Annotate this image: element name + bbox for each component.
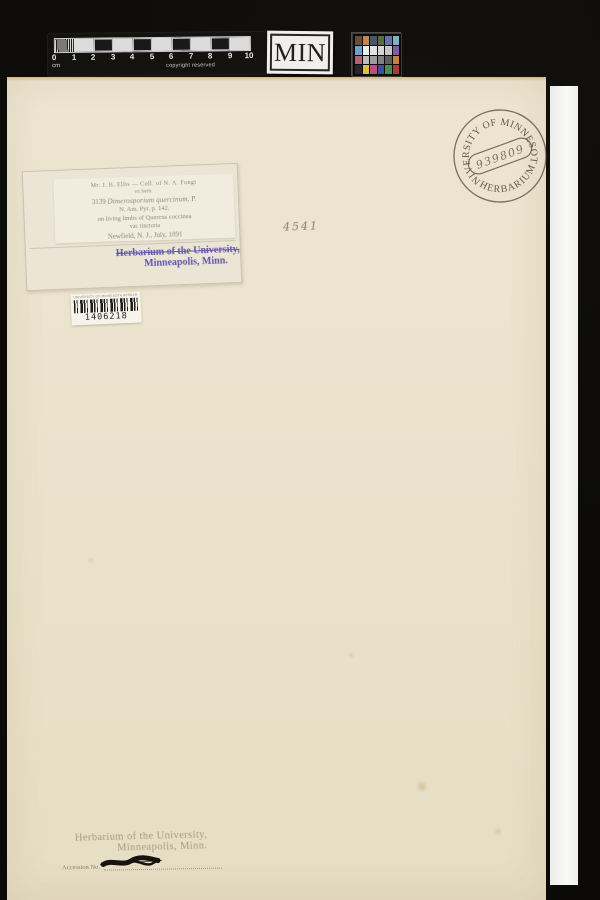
scale-unit-label: cm <box>52 63 60 69</box>
tick-label: 10 <box>245 51 254 60</box>
specimen-photo: 0 1 2 3 4 5 6 7 8 9 10 cm copyright rese… <box>0 0 600 900</box>
tick-label: 5 <box>150 52 155 61</box>
institution-code: MIN <box>274 37 326 68</box>
sheet-top-edge <box>7 77 546 81</box>
color-chip <box>385 46 392 55</box>
label-author: P. <box>191 194 196 202</box>
color-chip <box>355 56 362 65</box>
tick-label: 7 <box>189 52 194 61</box>
institution-code-card: MIN <box>267 31 333 75</box>
color-chip <box>385 65 392 74</box>
color-chip <box>370 56 377 65</box>
specimen-label: Mr. J. B. Ellis — Coll. of N. A. Fungi e… <box>53 174 235 244</box>
scale-bar-checker <box>54 36 251 53</box>
tick-label: 2 <box>91 53 96 62</box>
color-chip <box>385 56 392 65</box>
accession-label: Accession No. <box>62 864 100 872</box>
tick-label: 1 <box>72 53 77 62</box>
color-chip <box>393 36 400 45</box>
color-chip <box>370 46 377 55</box>
color-chip <box>385 36 392 45</box>
color-chip <box>355 65 362 74</box>
color-chip <box>378 56 385 65</box>
foxing-spot <box>87 557 95 564</box>
color-chip <box>355 46 362 55</box>
stamp-handwritten-number: 939809 <box>474 142 526 172</box>
bottom-stamp-line2: Minneapolis, Minn. <box>117 840 208 853</box>
color-chip <box>355 36 362 45</box>
adjacent-sheet-edge <box>550 86 578 885</box>
label-backing: Mr. J. B. Ellis — Coll. of N. A. Fungi e… <box>22 163 242 291</box>
color-chip <box>363 56 370 65</box>
tick-label: 0 <box>52 53 57 62</box>
scale-bar-mm-block <box>55 39 74 52</box>
color-chip <box>363 65 370 74</box>
tick-label: 8 <box>208 51 213 60</box>
foxing-spot <box>347 651 356 659</box>
bottom-herbarium-stamp: Herbarium of the University, Minneapolis… <box>75 829 208 854</box>
color-chip <box>393 56 400 65</box>
copyright-text: copyright reserved <box>166 62 215 69</box>
barcode-number: 1406218 <box>74 311 138 324</box>
foxing-spot <box>415 781 429 792</box>
color-chip <box>378 46 385 55</box>
specimen-sheet: UNIVERSITY OF MINNESOTA HERBARIUM 939809… <box>7 77 546 900</box>
tick-label: 6 <box>169 52 174 61</box>
institution-code-frame: MIN <box>270 34 330 72</box>
barcode-label: UNIVERSITY OF MINNESOTA HERBARIUM 140621… <box>70 291 141 325</box>
foxing-spot <box>493 827 503 836</box>
color-calibration-chart <box>352 33 402 77</box>
tick-label: 3 <box>111 52 116 61</box>
pencil-annotation-number: 4541 <box>283 219 319 233</box>
label-number: 3139 <box>92 197 106 205</box>
tick-label: 9 <box>228 51 233 60</box>
color-chip <box>378 36 385 45</box>
color-chip <box>393 46 400 55</box>
round-herbarium-stamp: UNIVERSITY OF MINNESOTA HERBARIUM 939809 <box>440 96 560 216</box>
color-chip <box>363 36 370 45</box>
color-chip <box>370 36 377 45</box>
purple-herbarium-stamp: Herbarium of the University, Minneapolis… <box>116 244 241 270</box>
color-chip <box>370 65 377 74</box>
color-chip <box>393 65 400 74</box>
color-chip <box>363 46 370 55</box>
tick-label: 4 <box>130 52 135 61</box>
scale-bar: 0 1 2 3 4 5 6 7 8 9 10 cm copyright rese… <box>48 32 267 76</box>
color-chip <box>378 65 385 74</box>
